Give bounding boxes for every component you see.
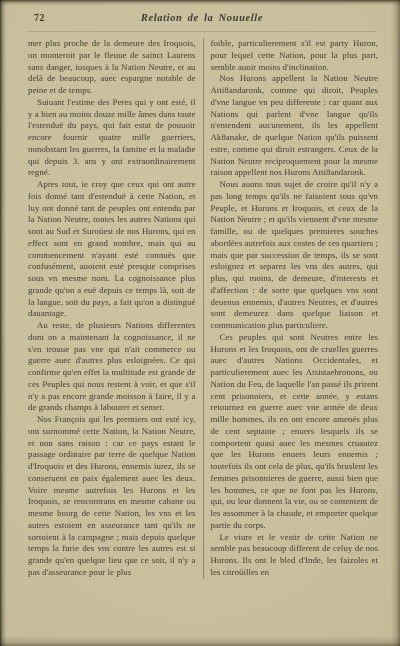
paragraph: Au reste, de plusieurs Nations different… [28,320,196,414]
paragraph: mer plus proche de la demeure des Iroquo… [28,38,196,97]
header-rule [28,31,376,32]
left-column: mer plus proche de la demeure des Iroquo… [28,38,203,579]
book-page: 72 Relation de la Nouuelle mer plus proc… [0,0,400,646]
paragraph: Le viure et le vestir de cette Nation ne… [211,532,379,579]
paragraph: Nos François qui les premiers ont esté i… [28,414,196,579]
text-columns: mer plus proche de la demeure des Iroquo… [28,38,378,579]
paragraph: foible, particulierement s'il est party … [211,38,379,73]
paragraph: Ces peuples qui sont Neutres entre les H… [211,332,379,532]
page-header: 72 Relation de la Nouuelle [28,13,376,29]
right-column: foible, particulierement s'il est party … [204,38,379,579]
paragraph: Apres tout, ie croy que ceux qui ont aut… [28,179,196,320]
paragraph: Nos Hurons appellent la Nation Neutre At… [211,73,379,179]
page-number: 72 [34,13,45,24]
paragraph: Nous auons tous sujet de croire qu'il n'… [211,179,379,332]
paragraph: Suiuant l'estime des Peres qui y ont est… [28,97,196,179]
running-title: Relation de la Nouuelle [28,13,376,24]
